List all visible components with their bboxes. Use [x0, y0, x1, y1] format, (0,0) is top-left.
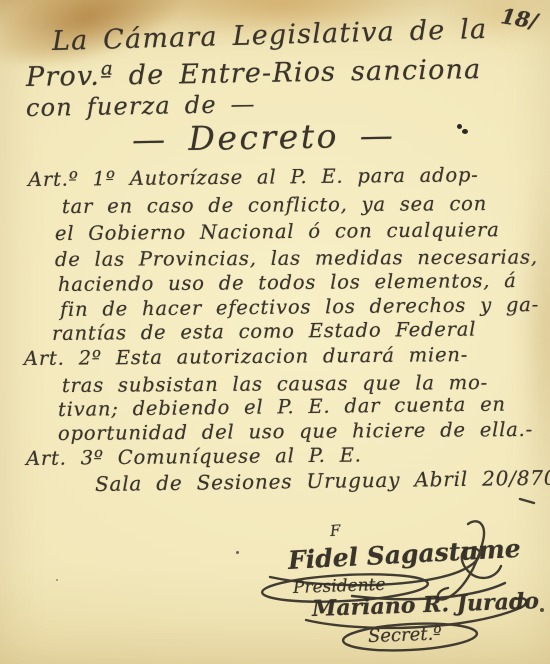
article2-line-3: tivan; debiendo el P. E. dar cuenta en	[58, 393, 506, 421]
heading-line-1: La Cámara Legislativa de la	[52, 14, 488, 57]
article1-line-7: rantías de esta como Estado Federal	[52, 318, 476, 345]
article1-line-1: Art.º 1º Autorízase al P. E. para adop-	[28, 163, 479, 191]
article1-line-4: de las Provincias, las medidas necesaria…	[55, 245, 538, 271]
article2-line-1: Art. 2º Esta autorizacion durará mien-	[24, 343, 468, 370]
signature-pen-mark: F	[329, 521, 341, 540]
article3-line-1: Art. 3º Comuníquese al P. E.	[26, 443, 362, 470]
heading-line-2: Prov.ª de Entre-Rios sanciona	[26, 54, 482, 93]
heading-line-3: con fuerza de —	[26, 90, 256, 122]
article1-line-5: haciendo uso de todos los elementos, á	[58, 269, 517, 296]
article2-line-4: oportunidad del uso que hiciere de ella.…	[58, 418, 533, 445]
ink-speck	[236, 551, 239, 554]
ink-blot	[457, 124, 462, 129]
article1-line-2: tar en caso de conflicto, ya sea con	[62, 192, 487, 218]
manuscript-page: 18/ La Cámara Legislativa de la Prov.ª d…	[0, 0, 550, 664]
signature-secretary-title: Secret.º	[368, 623, 442, 647]
article1-line-3: el Gobierno Nacional ó con cualquiera	[55, 218, 500, 245]
page-number: 18/	[499, 3, 539, 33]
ink-blot	[462, 129, 468, 134]
ink-speck	[56, 579, 58, 581]
signature-president-name: Fidel Sagastume	[287, 534, 521, 575]
closing-line: Sala de Sesiones Uruguay Abril 20/870	[95, 466, 550, 496]
decree-title: — Decreto —	[132, 115, 396, 159]
ink-speck	[540, 608, 544, 612]
